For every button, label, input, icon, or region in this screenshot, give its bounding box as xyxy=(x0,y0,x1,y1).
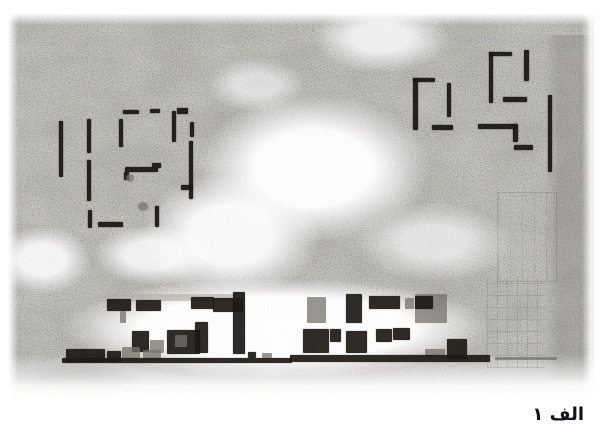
halftone-photo-area xyxy=(6,10,594,408)
figure-caption: الف ١ xyxy=(494,403,584,427)
scanned-figure: الف ١ xyxy=(0,0,600,445)
faint-background-grid xyxy=(487,278,545,368)
